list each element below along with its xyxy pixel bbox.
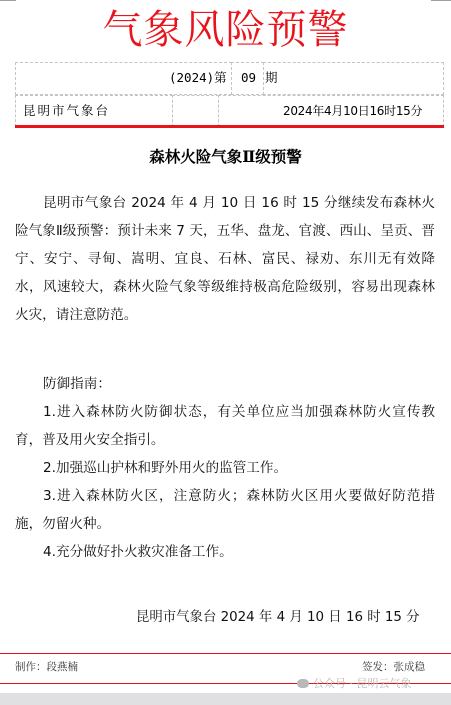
corner-mark-right [431,0,451,1]
issue-cell-right [263,62,444,95]
warning-body: 昆明市气象台 2024 年 4 月 10 日 16 时 15 分继续发布森林火险… [15,189,435,329]
warning-heading: 森林火险气象Ⅱ级预警 [0,145,451,169]
issue-year-label: (2024)第 [169,70,227,86]
blank-cell [172,95,219,127]
watermark-text: 公众号 · 昆明云气象 [313,677,412,690]
guide-item-3: 3.进入森林防火区，注意防火；森林防火区用火要做好防范措施，勿留火种。 [15,482,435,538]
signature: 昆明市气象台 2024 年 4 月 10 日 16 时 15 分 [136,606,436,630]
issue-suffix: 期 [265,70,278,86]
footer-top-line [0,653,451,654]
watermark: 公众号 · 昆明云气象 [297,677,412,691]
guide-item-1: 1.进入森林防火防御状态，有关单位应当加强森林防火宣传教育，普及用火安全指引。 [15,398,435,454]
wechat-icon [297,679,309,688]
producer: 制作：段燕楠 [15,660,78,674]
guide-item-2: 2.加强巡山护林和野外用火的监管工作。 [15,454,435,482]
document-title: 气象风险预警 [0,6,451,54]
issue-number: 09 [241,70,256,86]
approver: 签发：张成稳 [362,660,425,674]
header-divider [15,125,444,128]
guide-item-4: 4.充分做好扑火救灾准备工作。 [15,538,435,566]
corner-mark-left [0,0,16,1]
issue-time: 2024年4月10日16时15分 [283,103,422,119]
issuer-name: 昆明市气象台 [23,103,110,119]
bottom-band [0,693,451,705]
guide-title: 防御指南： [15,370,435,398]
